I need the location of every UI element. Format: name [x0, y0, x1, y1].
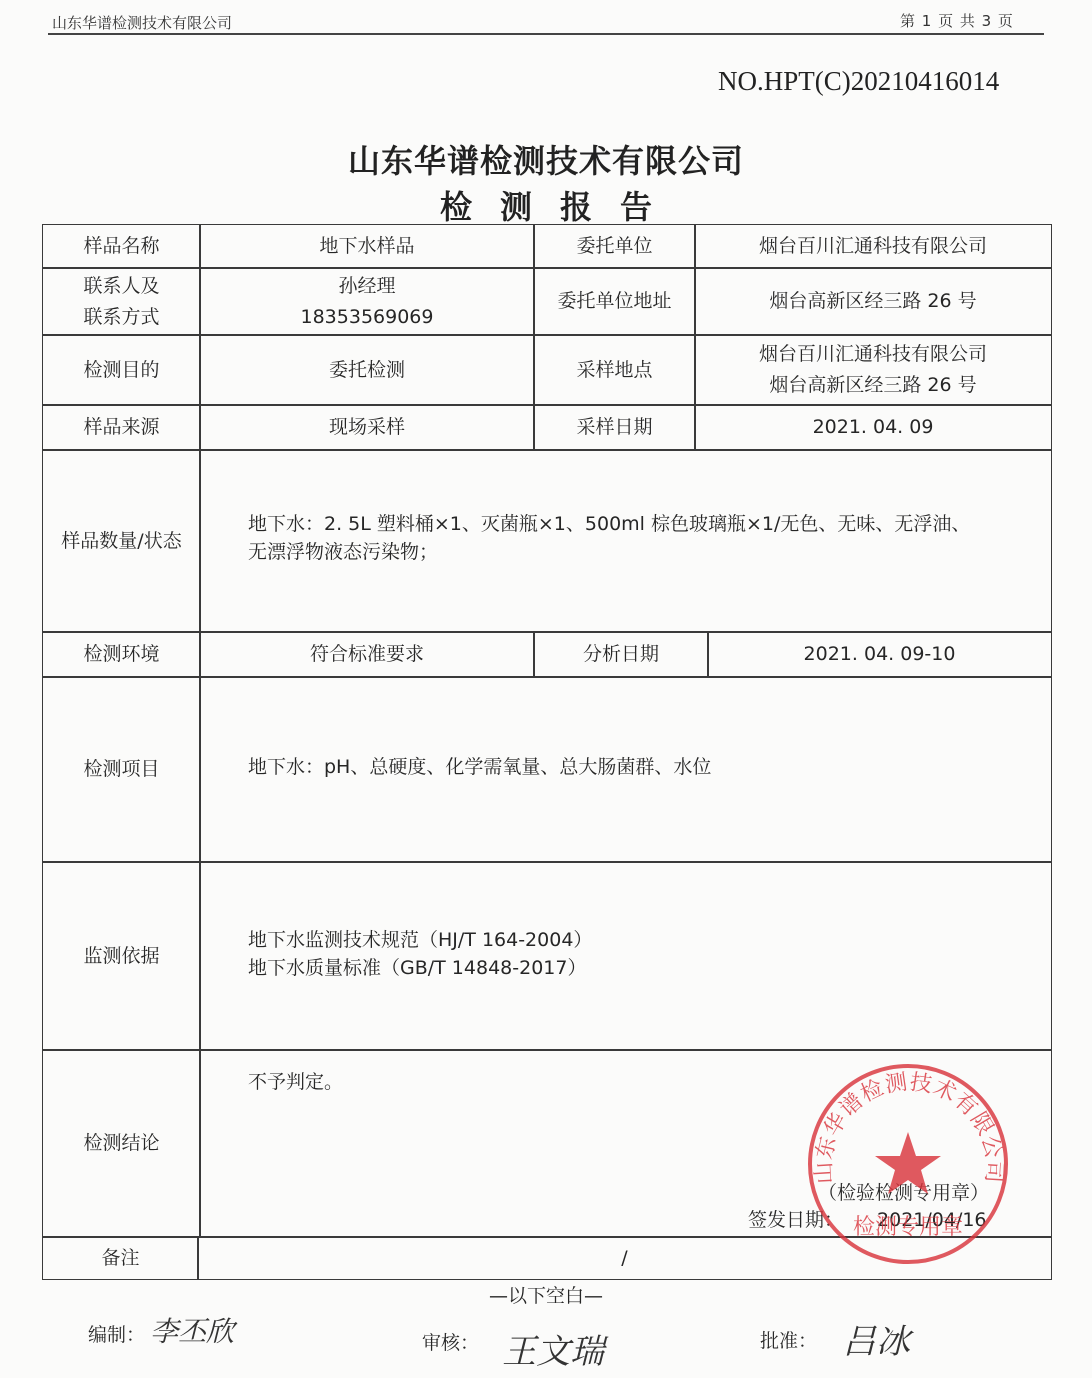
contact-phone: 18353569069	[301, 302, 434, 333]
value-purpose: 委托检测	[199, 334, 535, 406]
sampling-site-line-1: 烟台百川汇通科技有限公司	[759, 339, 987, 370]
header-divider	[48, 33, 1044, 35]
prepared-by: 编制： 李丕欣	[88, 1310, 234, 1350]
value-client-address: 烟台高新区经三路 26 号	[694, 267, 1052, 336]
label-client: 委托单位	[533, 224, 696, 269]
label-contact-line-2: 联系方式	[83, 302, 159, 333]
label-test-items: 检测项目	[42, 676, 201, 863]
page-indicator: 第 1 页 共 3 页	[900, 10, 1014, 31]
label-conclusion: 检测结论	[42, 1049, 201, 1238]
label-environment: 检测环境	[42, 631, 201, 678]
label-contact-line-1: 联系人及	[83, 271, 159, 302]
value-analysis-date: 2021. 04. 09-10	[707, 631, 1052, 678]
label-sample-quantity: 样品数量/状态	[42, 449, 201, 633]
label-sample-source: 样品来源	[42, 404, 201, 451]
value-sample-quantity: 地下水：2. 5L 塑料桶×1、灭菌瓶×1、500ml 棕色玻璃瓶×1/无色、无…	[199, 449, 1052, 633]
prepared-label: 编制：	[88, 1324, 145, 1346]
quantity-line-1: 地下水：2. 5L 塑料桶×1、灭菌瓶×1、500ml 棕色玻璃瓶×1/无色、无…	[248, 510, 970, 538]
prepared-signature: 李丕欣	[150, 1315, 234, 1348]
quantity-line-2: 无漂浮物液态污染物；	[248, 538, 970, 566]
header-company-name: 山东华谱检测技术有限公司	[52, 12, 232, 33]
label-monitoring-basis: 监测依据	[42, 861, 201, 1051]
basis-line-1: 地下水监测技术规范（HJ/T 164-2004）	[248, 926, 592, 954]
value-monitoring-basis: 地下水监测技术规范（HJ/T 164-2004） 地下水质量标准（GB/T 14…	[199, 861, 1052, 1051]
basis-line-2: 地下水质量标准（GB/T 14848-2017）	[248, 954, 592, 982]
document-company-title: 山东华谱检测技术有限公司	[0, 136, 1092, 182]
label-purpose: 检测目的	[42, 334, 201, 406]
value-sample-source: 现场采样	[199, 404, 535, 451]
value-test-items: 地下水：pH、总硬度、化学需氧量、总大肠菌群、水位	[199, 676, 1052, 863]
label-analysis-date: 分析日期	[533, 631, 709, 678]
value-contact: 孙经理 18353569069	[199, 267, 535, 336]
value-sampling-site: 烟台百川汇通科技有限公司 烟台高新区经三路 26 号	[694, 334, 1052, 406]
report-number: NO.HPT(C)20210416014	[718, 66, 999, 97]
reviewed-by: 审核： 王文瑞	[422, 1310, 586, 1359]
label-client-address: 委托单位地址	[533, 267, 696, 336]
blank-below-note: —以下空白—	[0, 1281, 1092, 1308]
label-sample-name: 样品名称	[42, 224, 201, 269]
value-sampling-date: 2021. 04. 09	[694, 404, 1052, 451]
sampling-site-line-2: 烟台高新区经三路 26 号	[759, 370, 987, 401]
contact-name: 孙经理	[301, 271, 434, 302]
official-seal-icon: 山东华谱检测技术有限公司 检测专用章	[806, 1062, 1011, 1267]
document-type-title: 检测报告	[0, 182, 1092, 228]
label-remarks: 备注	[42, 1236, 199, 1280]
approved-signature: 吕冰	[842, 1322, 910, 1362]
reviewed-signature: 王文瑞	[502, 1332, 604, 1372]
label-contact: 联系人及 联系方式	[42, 267, 201, 336]
approved-label: 批准：	[760, 1330, 817, 1352]
label-sampling-site: 采样地点	[533, 334, 696, 406]
value-environment: 符合标准要求	[199, 631, 535, 678]
value-sample-name: 地下水样品	[199, 224, 535, 269]
approved-by: 批准： 吕冰	[760, 1308, 890, 1357]
reviewed-label: 审核：	[422, 1332, 479, 1354]
value-client: 烟台百川汇通科技有限公司	[694, 224, 1052, 269]
label-sampling-date: 采样日期	[533, 404, 696, 451]
seal-bottom-text: 检测专用章	[853, 1215, 963, 1240]
